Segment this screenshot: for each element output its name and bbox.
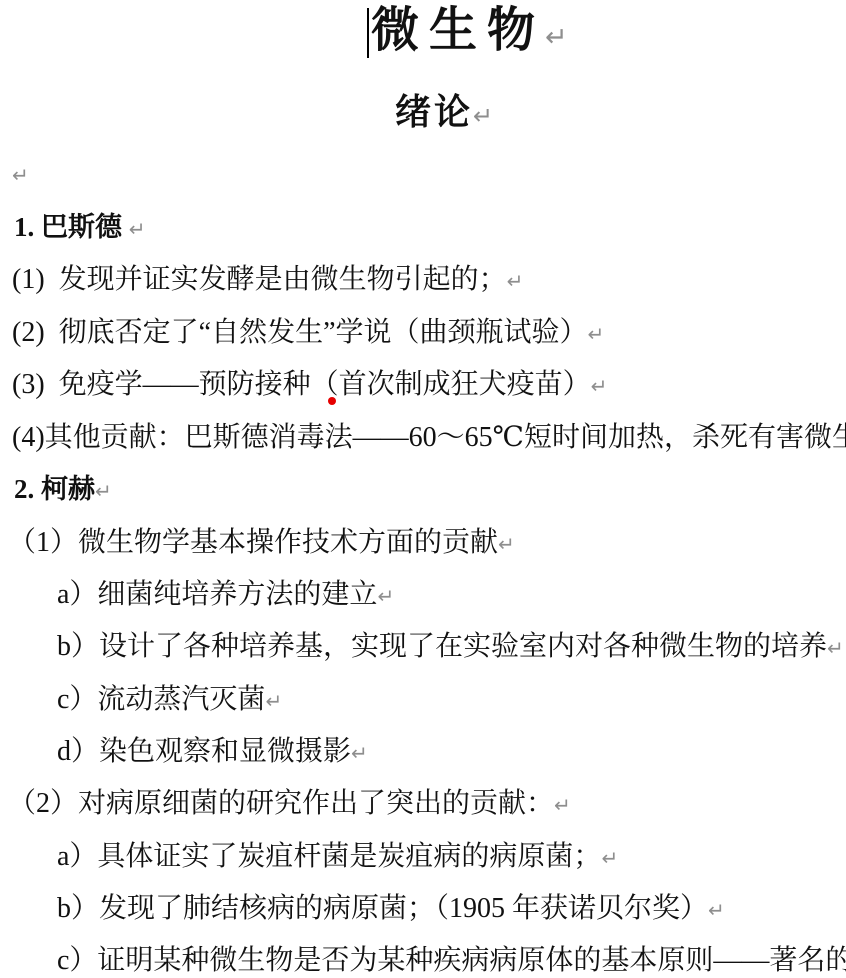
doc-line[interactable]: b）发现了肺结核病的病原菌；（1905 年获诺贝尔奖）↵	[57, 893, 725, 924]
paragraph-mark-icon: ↵	[265, 689, 282, 713]
empty-paragraph[interactable]: ↵	[12, 158, 29, 189]
paragraph-mark-icon: ↵	[377, 584, 394, 608]
doc-line[interactable]: b）设计了各种培养基，实现了在实验室内对各种微生物的培养↵	[57, 631, 844, 662]
doc-line[interactable]: (3) 免疫学——预防接种（首次制成狂犬疫苗）↵	[12, 369, 607, 400]
paragraph-mark-icon: ↵	[507, 269, 524, 293]
doc-line[interactable]: （1）微生物学基本操作技术方面的贡献↵	[8, 527, 515, 558]
paragraph-mark-icon: ↵	[601, 846, 618, 870]
page-title[interactable]: 微生物↵	[371, 4, 568, 58]
doc-line-heading-1[interactable]: 1. 巴斯德 ↵	[14, 212, 146, 242]
paragraph-mark-icon: ↵	[545, 22, 568, 53]
doc-line[interactable]: d）染色观察和显微摄影↵	[57, 736, 368, 767]
doc-line[interactable]: （2）对病原细菌的研究作出了突出的贡献：↵	[8, 788, 571, 819]
paragraph-mark-icon: ↵	[129, 217, 146, 241]
subtitle-text: 绪论	[395, 92, 473, 132]
paragraph-mark-icon: ↵	[95, 479, 112, 503]
document-page[interactable]: 微生物↵ 绪论↵ ↵ 1. 巴斯德 ↵ (1) 发现并证实发酵是由微生物引起的；…	[0, 0, 846, 978]
paragraph-mark-icon: ↵	[588, 322, 605, 346]
doc-line[interactable]: (2) 彻底否定了“自然发生”学说（曲颈瓶试验）↵	[12, 317, 604, 348]
doc-line[interactable]: c）流动蒸汽灭菌↵	[57, 684, 282, 715]
paragraph-mark-icon: ↵	[708, 898, 725, 922]
paragraph-mark-icon: ↵	[827, 636, 844, 660]
doc-line-heading-2[interactable]: 2. 柯赫↵	[14, 474, 112, 504]
doc-line[interactable]: (1) 发现并证实发酵是由微生物引起的；↵	[12, 264, 523, 295]
title-text: 微生物	[371, 4, 545, 57]
paragraph-mark-icon: ↵	[498, 532, 515, 556]
paragraph-mark-icon: ↵	[351, 741, 368, 765]
doc-line[interactable]: a）具体证实了炭疽杆菌是炭疽病的病原菌；↵	[57, 841, 618, 872]
paragraph-mark-icon: ↵	[591, 374, 608, 398]
red-dot-annotation	[328, 397, 336, 405]
doc-line[interactable]: (4)其他贡献：巴斯德消毒法——60～65℃短时间加热，杀死有害微生物↵	[12, 422, 846, 453]
section-subtitle[interactable]: 绪论↵	[395, 92, 493, 132]
doc-line[interactable]: c）证明某种微生物是否为某种疾病病原体的基本原则——著名的柯赫原则	[57, 945, 846, 976]
text-cursor	[367, 8, 369, 58]
paragraph-mark-icon: ↵	[554, 793, 571, 817]
doc-line[interactable]: a）细菌纯培养方法的建立↵	[57, 579, 394, 610]
paragraph-mark-icon: ↵	[12, 163, 29, 187]
paragraph-mark-icon: ↵	[473, 102, 493, 130]
